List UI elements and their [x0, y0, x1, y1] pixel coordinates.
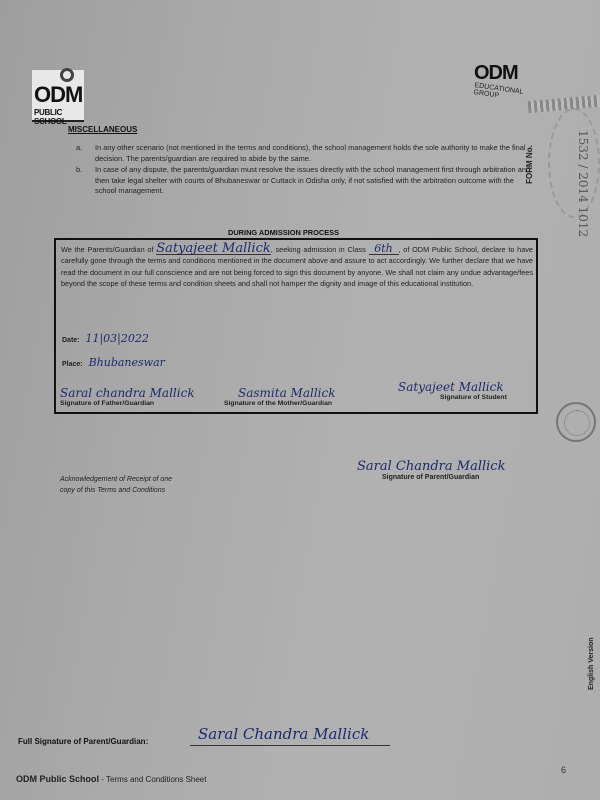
mother-signature-block: Sasmita Mallick Signature of the Mother/…	[224, 386, 336, 407]
student-signature-block: Satyajeet Mallick Signature of Student	[398, 380, 507, 401]
school-seal	[556, 402, 596, 442]
declaration-box: We the Parents/Guardian of Satyajeet Mal…	[54, 238, 538, 414]
form-number-handwritten: 1532 / 2014 1012	[560, 130, 600, 230]
miscellaneous-list: a. In any other scenario (not mentioned …	[76, 143, 536, 198]
acknowledgement-signature-block: Saral Chandra Mallick Signature of Paren…	[357, 459, 505, 481]
odm-public-school-logo: ODM PUBLIC SCHOOL	[32, 70, 84, 122]
logo-brand: ODM	[34, 82, 82, 108]
class-field[interactable]: 6th	[369, 243, 399, 255]
student-name-field[interactable]: Satyajeet Mallick	[156, 243, 270, 255]
father-signature-block: Saral chandra Mallick Signature of Fathe…	[60, 386, 195, 407]
admission-heading: DURING ADMISSION PROCESS	[228, 228, 339, 237]
place-row: Place: Bhubaneswar	[62, 356, 165, 369]
miscellaneous-heading: MISCELLANEOUS	[68, 125, 137, 134]
full-signature[interactable]: Saral Chandra Mallick	[198, 725, 369, 743]
odm-educational-group-logo: ODM EDUCATIONAL GROUP	[474, 62, 544, 102]
document-page: ODM PUBLIC SCHOOL ODM EDUCATIONAL GROUP …	[0, 0, 600, 800]
student-signature[interactable]: Satyajeet Mallick	[398, 380, 507, 394]
logo-subtitle: PUBLIC SCHOOL	[34, 108, 84, 126]
declaration-text: We the Parents/Guardian of Satyajeet Mal…	[61, 243, 533, 289]
full-signature-row: Full Signature of Parent/Guardian: Saral…	[18, 737, 148, 746]
list-item: b. In case of any dispute, the parents/g…	[76, 165, 536, 197]
signature-line	[190, 745, 390, 746]
page-number: 6	[561, 765, 566, 775]
date-row: Date: 11|03|2022	[62, 332, 149, 345]
acknowledgement-signature[interactable]: Saral Chandra Mallick	[357, 459, 505, 474]
father-signature[interactable]: Saral chandra Mallick	[60, 386, 195, 400]
english-version-label: English Version	[588, 637, 595, 690]
date-field[interactable]: 11|03|2022	[85, 332, 148, 345]
logo-right-brand: ODM	[474, 62, 544, 85]
mother-signature[interactable]: Sasmita Mallick	[224, 386, 336, 400]
logo-figure-icon	[60, 68, 74, 82]
list-item: a. In any other scenario (not mentioned …	[76, 143, 536, 164]
place-field[interactable]: Bhubaneswar	[89, 356, 165, 369]
acknowledgement-text: Acknowledgement of Receipt of one copy o…	[60, 474, 172, 496]
footer: ODM Public School - Terms and Conditions…	[16, 774, 206, 784]
